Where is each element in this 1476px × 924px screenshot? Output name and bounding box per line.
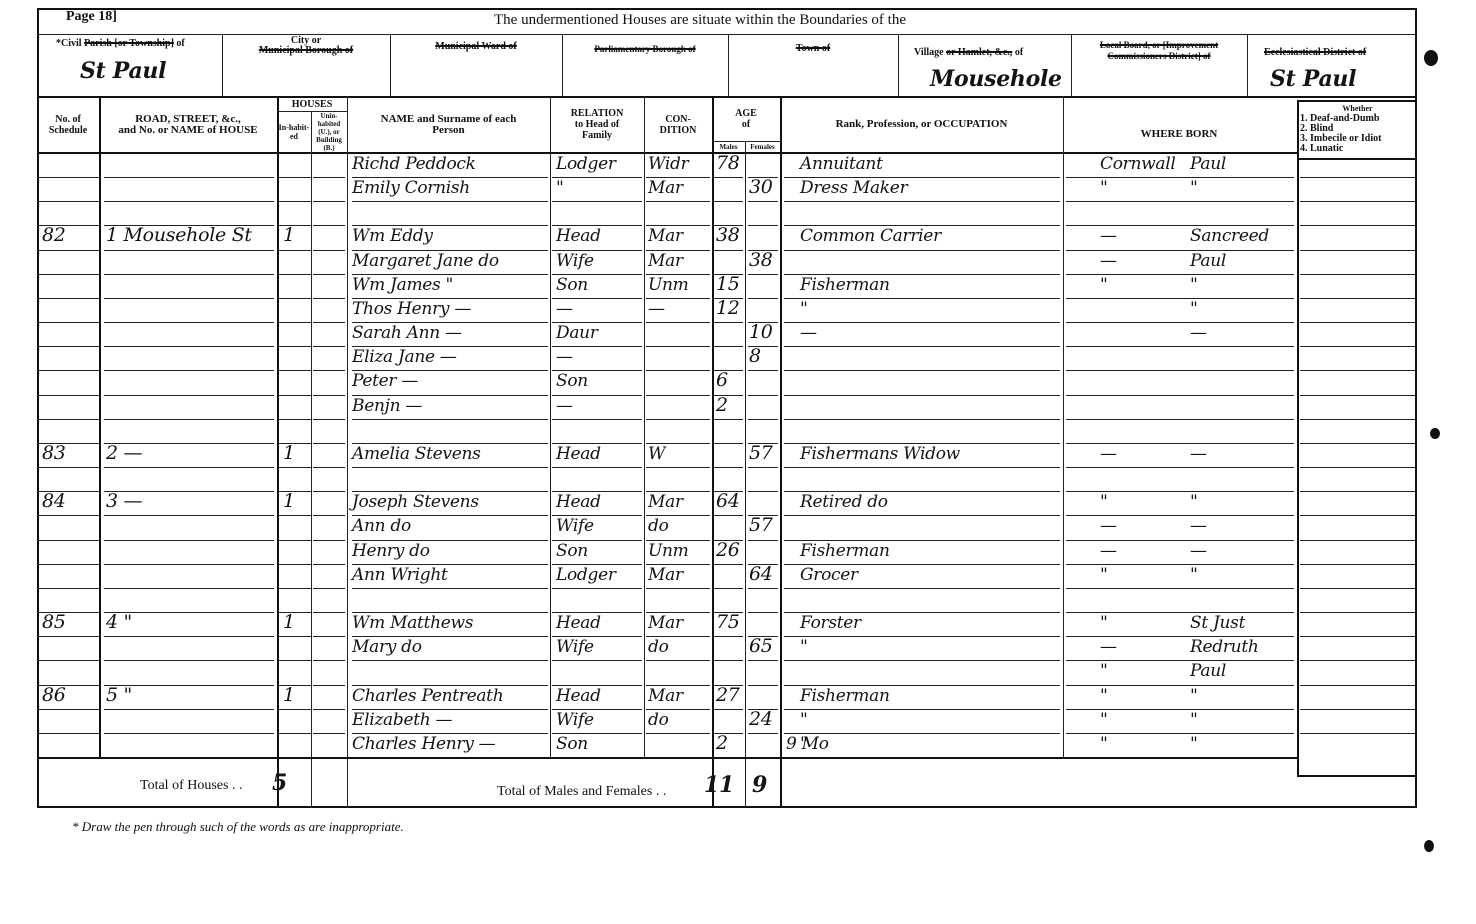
road-cell xyxy=(106,709,274,733)
female-age-cell xyxy=(749,370,779,394)
schedule-cell: 84 xyxy=(42,491,98,515)
male-age-cell xyxy=(716,250,744,274)
occupation-cell: Dress Maker xyxy=(800,177,1060,201)
inhabited-cell xyxy=(283,709,309,733)
condition-cell: — xyxy=(648,298,710,322)
name-cell: Mary do xyxy=(352,636,548,660)
village-value: Mousehole xyxy=(930,66,1062,92)
occupation-cell xyxy=(800,588,1060,612)
name-cell: Richd Peddock xyxy=(352,153,548,177)
civil-parish-label: *Civil Parish [or Township] of xyxy=(56,39,185,49)
road-cell: 5 " xyxy=(106,685,274,709)
relation-cell: Head xyxy=(556,685,642,709)
inhabited-cell xyxy=(283,250,309,274)
table-row: Thos Henry ———12"" xyxy=(0,298,1476,322)
inhabited-cell: 1 xyxy=(283,685,309,709)
occupation-cell: Fishermans Widow xyxy=(800,443,1060,467)
header-occupation: Rank, Profession, or OCCUPATION xyxy=(780,97,1063,152)
born-county-cell: " xyxy=(1100,564,1180,588)
born-parish-cell: " xyxy=(1190,709,1295,733)
table-row: Elizabeth —Wifedo24""" xyxy=(0,709,1476,733)
civil-parish-value: St Paul xyxy=(80,58,166,84)
name-cell xyxy=(352,660,548,684)
male-age-cell xyxy=(716,419,744,443)
born-county-cell: — xyxy=(1100,250,1180,274)
divider xyxy=(898,34,899,96)
header-houses: HOUSES xyxy=(277,97,347,112)
occupation-cell xyxy=(800,346,1060,370)
header-age: AGEof xyxy=(712,97,780,141)
inhabited-cell xyxy=(283,419,309,443)
table-row: Margaret Jane doWifeMar38—Paul xyxy=(0,250,1476,274)
road-cell xyxy=(106,733,274,757)
female-age-cell xyxy=(749,467,779,491)
table-row: Charles Henry —Son2"""9 Mo xyxy=(0,733,1476,757)
male-age-cell: 64 xyxy=(716,491,744,515)
name-cell: Emily Cornish xyxy=(352,177,548,201)
relation-cell xyxy=(556,660,642,684)
occupation-cell: Fisherman xyxy=(800,274,1060,298)
born-county-cell: " xyxy=(1100,177,1180,201)
header-condition: CON-DITION xyxy=(644,97,712,152)
town-label: Town of xyxy=(728,44,898,54)
relation-cell: Wife xyxy=(556,515,642,539)
name-cell: Joseph Stevens xyxy=(352,491,548,515)
born-parish-cell xyxy=(1190,346,1295,370)
condition-cell xyxy=(648,588,710,612)
header-uninhabited: Unin-habited (U.), or Building (B.) xyxy=(311,112,347,152)
table-row: Eliza Jane ——8 xyxy=(0,346,1476,370)
table-row: 821 Mousehole St1Wm EddyHeadMar38Common … xyxy=(0,225,1476,249)
occupation-cell: " xyxy=(800,298,1060,322)
born-parish-cell xyxy=(1190,201,1295,225)
road-cell xyxy=(106,419,274,443)
schedule-cell xyxy=(42,660,98,684)
schedule-cell xyxy=(42,201,98,225)
born-parish-cell: Paul xyxy=(1190,153,1295,177)
female-age-cell: 57 xyxy=(749,515,779,539)
header-name: NAME and Surname of eachPerson xyxy=(347,97,550,152)
inhabited-cell xyxy=(283,733,309,757)
born-county-cell: — xyxy=(1100,225,1180,249)
occupation-cell: Common Carrier xyxy=(800,225,1060,249)
occupation-cell xyxy=(800,660,1060,684)
relation-cell: Lodger xyxy=(556,153,642,177)
occupation-cell: Fisherman xyxy=(800,540,1060,564)
condition-cell: Widr xyxy=(648,153,710,177)
born-parish-cell: " xyxy=(1190,298,1295,322)
female-age-cell xyxy=(749,491,779,515)
table-row: Ann doWifedo57—— xyxy=(0,515,1476,539)
header-relation: RELATIONto Head ofFamily xyxy=(550,97,644,152)
table-row: 865 "1Charles PentreathHeadMar27Fisherma… xyxy=(0,685,1476,709)
born-parish-cell: Paul xyxy=(1190,250,1295,274)
male-age-cell xyxy=(716,443,744,467)
condition-cell: Unm xyxy=(648,540,710,564)
name-cell: Peter — xyxy=(352,370,548,394)
table-row: Mary doWifedo65"—Redruth xyxy=(0,636,1476,660)
born-county-cell: " xyxy=(1100,612,1180,636)
born-county-cell xyxy=(1100,588,1180,612)
male-age-cell: 2 xyxy=(716,733,744,757)
male-age-cell: 12 xyxy=(716,298,744,322)
parliamentary-borough-label: Parliamentary Borough of xyxy=(562,44,728,54)
born-county-cell xyxy=(1100,346,1180,370)
male-age-cell xyxy=(716,660,744,684)
female-age-cell: 64 xyxy=(749,564,779,588)
page-number-value: 18] xyxy=(98,9,117,24)
male-age-cell: 27 xyxy=(716,685,744,709)
male-age-cell xyxy=(716,636,744,660)
table-row: Emily Cornish"Mar30Dress Maker"" xyxy=(0,177,1476,201)
condition-cell xyxy=(648,733,710,757)
condition-cell xyxy=(648,201,710,225)
inhabited-cell xyxy=(283,395,309,419)
relation-cell: — xyxy=(556,395,642,419)
inhabited-cell xyxy=(283,588,309,612)
page-label: Page xyxy=(66,9,95,24)
schedule-cell xyxy=(42,636,98,660)
road-cell xyxy=(106,636,274,660)
condition-cell: Mar xyxy=(648,685,710,709)
male-age-cell xyxy=(716,515,744,539)
born-county-cell xyxy=(1100,467,1180,491)
table-row: Henry doSonUnm26Fisherman—— xyxy=(0,540,1476,564)
road-cell: 1 Mousehole St xyxy=(106,225,274,249)
name-cell xyxy=(352,588,548,612)
born-county-cell: — xyxy=(1100,540,1180,564)
born-parish-cell: Sancreed xyxy=(1190,225,1295,249)
header-inhabited: In-habit-ed xyxy=(277,112,311,152)
condition-cell: do xyxy=(648,636,710,660)
born-parish-cell: Redruth xyxy=(1190,636,1295,660)
male-age-cell: 6 xyxy=(716,370,744,394)
born-county-cell: " xyxy=(1100,660,1180,684)
inhabited-cell: 1 xyxy=(283,491,309,515)
born-parish-cell: — xyxy=(1190,515,1295,539)
female-age-cell xyxy=(749,298,779,322)
born-county-cell: " xyxy=(1100,733,1180,757)
female-age-cell xyxy=(749,733,779,757)
born-county-cell: — xyxy=(1100,443,1180,467)
female-age-cell: 10 xyxy=(749,322,779,346)
relation-cell: Head xyxy=(556,443,642,467)
page-number: Page 18] xyxy=(66,9,117,25)
occupation-cell xyxy=(800,201,1060,225)
female-age-cell xyxy=(749,660,779,684)
schedule-cell xyxy=(42,395,98,419)
occupation-cell xyxy=(800,515,1060,539)
relation-cell: Head xyxy=(556,612,642,636)
inhabited-cell xyxy=(283,515,309,539)
road-cell xyxy=(106,153,274,177)
inhabited-cell xyxy=(283,540,309,564)
divider xyxy=(1247,34,1248,96)
male-age-cell: 26 xyxy=(716,540,744,564)
schedule-cell: 86 xyxy=(42,685,98,709)
condition-cell: Mar xyxy=(648,491,710,515)
born-county-cell: Cornwall xyxy=(1100,153,1180,177)
born-parish-cell: — xyxy=(1190,443,1295,467)
inhabited-cell xyxy=(283,660,309,684)
male-age-cell: 2 xyxy=(716,395,744,419)
schedule-cell xyxy=(42,515,98,539)
relation-cell xyxy=(556,588,642,612)
born-parish-cell: " xyxy=(1190,177,1295,201)
born-county-cell: " xyxy=(1100,709,1180,733)
table-row xyxy=(0,419,1476,443)
relation-cell: Son xyxy=(556,540,642,564)
relation-cell: Son xyxy=(556,274,642,298)
relation-cell: Son xyxy=(556,733,642,757)
name-cell: Sarah Ann — xyxy=(352,322,548,346)
condition-cell xyxy=(648,395,710,419)
relation-cell xyxy=(556,419,642,443)
city-label: City or Municipal Borough of xyxy=(222,36,390,56)
relation-cell: Head xyxy=(556,491,642,515)
male-age-cell xyxy=(716,588,744,612)
schedule-cell xyxy=(42,564,98,588)
name-cell: Wm Matthews xyxy=(352,612,548,636)
name-cell xyxy=(352,467,548,491)
ecclesiastical-label: Ecclesiastical District of xyxy=(1264,48,1366,58)
relation-cell: Head xyxy=(556,225,642,249)
relation-cell: Son xyxy=(556,370,642,394)
name-cell: Thos Henry — xyxy=(352,298,548,322)
male-age-cell xyxy=(716,346,744,370)
born-parish-cell: St Just xyxy=(1190,612,1295,636)
name-cell: Elizabeth — xyxy=(352,709,548,733)
table-row: Benjn ——2 xyxy=(0,395,1476,419)
born-parish-cell xyxy=(1190,395,1295,419)
relation-cell: Daur xyxy=(556,322,642,346)
relation-cell: Lodger xyxy=(556,564,642,588)
schedule-cell xyxy=(42,298,98,322)
inhabited-cell xyxy=(283,177,309,201)
relation-cell xyxy=(556,467,642,491)
road-cell xyxy=(106,177,274,201)
occupation-cell: — xyxy=(800,322,1060,346)
total-houses-label: Total of Houses . . xyxy=(140,778,242,794)
totals-top-rule xyxy=(37,757,1297,759)
road-cell xyxy=(106,540,274,564)
inhabited-cell xyxy=(283,564,309,588)
table-row xyxy=(0,588,1476,612)
road-cell xyxy=(106,660,274,684)
schedule-cell xyxy=(42,346,98,370)
born-parish-cell: " xyxy=(1190,685,1295,709)
female-age-cell xyxy=(749,588,779,612)
schedule-cell: 85 xyxy=(42,612,98,636)
table-row: 843 —1Joseph StevensHeadMar64Retired do"… xyxy=(0,491,1476,515)
table-row: Ann WrightLodgerMar64Grocer"" xyxy=(0,564,1476,588)
name-cell: Ann Wright xyxy=(352,564,548,588)
female-age-cell: 24 xyxy=(749,709,779,733)
whether-bottom-rule xyxy=(1297,775,1417,777)
female-age-cell xyxy=(749,540,779,564)
ink-blot xyxy=(1424,50,1438,66)
condition-cell xyxy=(648,322,710,346)
male-age-cell xyxy=(716,322,744,346)
female-age-cell xyxy=(749,225,779,249)
schedule-cell xyxy=(42,250,98,274)
born-parish-cell xyxy=(1190,370,1295,394)
schedule-cell xyxy=(42,419,98,443)
condition-cell: Mar xyxy=(648,250,710,274)
total-females-value: 9 xyxy=(752,772,767,798)
female-age-cell: 65 xyxy=(749,636,779,660)
schedule-cell: 82 xyxy=(42,225,98,249)
road-cell xyxy=(106,322,274,346)
male-age-cell xyxy=(716,467,744,491)
relation-cell xyxy=(556,201,642,225)
name-cell: Amelia Stevens xyxy=(352,443,548,467)
occupation-cell: " xyxy=(800,709,1060,733)
male-age-cell: 15 xyxy=(716,274,744,298)
occupation-cell xyxy=(800,250,1060,274)
female-age-cell xyxy=(749,685,779,709)
relation-cell: — xyxy=(556,346,642,370)
name-cell: Benjn — xyxy=(352,395,548,419)
table-row: Sarah Ann —Daur10—— xyxy=(0,322,1476,346)
born-parish-cell: — xyxy=(1190,322,1295,346)
male-age-cell: 78 xyxy=(716,153,744,177)
male-age-cell xyxy=(716,564,744,588)
born-county-cell: — xyxy=(1100,636,1180,660)
inhabited-cell xyxy=(283,467,309,491)
name-cell: Ann do xyxy=(352,515,548,539)
female-age-cell xyxy=(749,395,779,419)
infant-months-cell: 9 Mo xyxy=(786,733,826,757)
total-houses-value: 5 xyxy=(272,770,287,796)
condition-cell xyxy=(648,370,710,394)
road-cell xyxy=(106,298,274,322)
condition-cell: Mar xyxy=(648,225,710,249)
table-row: Peter —Son6 xyxy=(0,370,1476,394)
occupation-cell: Forster xyxy=(800,612,1060,636)
male-age-cell: 38 xyxy=(716,225,744,249)
occupation-cell xyxy=(800,370,1060,394)
born-county-cell: " xyxy=(1100,685,1180,709)
inhabited-cell xyxy=(283,274,309,298)
condition-cell: do xyxy=(648,515,710,539)
schedule-cell xyxy=(42,153,98,177)
table-row: 832 —1Amelia StevensHeadW57Fishermans Wi… xyxy=(0,443,1476,467)
title-divider xyxy=(37,34,1417,35)
relation-cell: Wife xyxy=(556,636,642,660)
born-county-cell xyxy=(1100,201,1180,225)
road-cell xyxy=(106,395,274,419)
local-board-label: Local Board, or [Improvement Commissione… xyxy=(1071,40,1247,62)
name-cell: Margaret Jane do xyxy=(352,250,548,274)
schedule-cell xyxy=(42,540,98,564)
page-title: The undermentioned Houses are situate wi… xyxy=(494,12,906,29)
schedule-cell: 83 xyxy=(42,443,98,467)
relation-cell: — xyxy=(556,298,642,322)
road-cell xyxy=(106,370,274,394)
occupation-cell: Fisherman xyxy=(800,685,1060,709)
occupation-cell: Retired do xyxy=(800,491,1060,515)
table-row xyxy=(0,467,1476,491)
inhabited-cell xyxy=(283,636,309,660)
schedule-cell xyxy=(42,274,98,298)
born-parish-cell: " xyxy=(1190,274,1295,298)
road-cell xyxy=(106,250,274,274)
inhabited-cell xyxy=(283,298,309,322)
born-parish-cell xyxy=(1190,419,1295,443)
relation-cell: Wife xyxy=(556,709,642,733)
born-parish-cell xyxy=(1190,588,1295,612)
born-county-cell xyxy=(1100,298,1180,322)
name-cell: Wm James " xyxy=(352,274,548,298)
ink-blot xyxy=(1430,428,1440,439)
ward-label: Municipal Ward of xyxy=(390,42,562,52)
inhabited-cell: 1 xyxy=(283,612,309,636)
name-cell: Charles Henry — xyxy=(352,733,548,757)
road-cell: 3 — xyxy=(106,491,274,515)
schedule-cell xyxy=(42,370,98,394)
female-age-cell xyxy=(749,419,779,443)
male-age-cell: 75 xyxy=(716,612,744,636)
schedule-cell xyxy=(42,588,98,612)
ink-blot xyxy=(1424,840,1434,852)
table-row: Richd PeddockLodgerWidr78AnnuitantCornwa… xyxy=(0,153,1476,177)
condition-cell: Mar xyxy=(648,564,710,588)
born-parish-cell: " xyxy=(1190,491,1295,515)
occupation-cell: Annuitant xyxy=(800,153,1060,177)
inhabited-cell xyxy=(283,370,309,394)
born-county-cell: " xyxy=(1100,274,1180,298)
occupation-cell: Grocer xyxy=(800,564,1060,588)
table-row: "Paul xyxy=(0,660,1476,684)
total-persons-label: Total of Males and Females . . xyxy=(497,784,666,800)
header-schedule: No. ofSchedule xyxy=(37,97,99,152)
condition-cell: do xyxy=(648,709,710,733)
inhabited-cell: 1 xyxy=(283,225,309,249)
female-age-cell: 30 xyxy=(749,177,779,201)
condition-cell xyxy=(648,660,710,684)
male-age-cell xyxy=(716,709,744,733)
born-county-cell xyxy=(1100,419,1180,443)
born-county-cell xyxy=(1100,322,1180,346)
born-county-cell xyxy=(1100,395,1180,419)
road-cell xyxy=(106,588,274,612)
inhabited-cell: 1 xyxy=(283,443,309,467)
born-county-cell: " xyxy=(1100,491,1180,515)
total-males-value: 11 xyxy=(704,772,734,798)
footnote: * Draw the pen through such of the words… xyxy=(72,819,404,835)
inhabited-cell xyxy=(283,322,309,346)
name-cell: Henry do xyxy=(352,540,548,564)
schedule-cell xyxy=(42,733,98,757)
relation-cell: Wife xyxy=(556,250,642,274)
header-road: ROAD, STREET, &c.,and No. or NAME of HOU… xyxy=(99,97,277,152)
condition-cell: W xyxy=(648,443,710,467)
female-age-cell xyxy=(749,274,779,298)
condition-cell: Unm xyxy=(648,274,710,298)
female-age-cell: 8 xyxy=(749,346,779,370)
female-age-cell xyxy=(749,153,779,177)
header-whether: Whether 1. Deaf-and-Dumb 2. Blind 3. Imb… xyxy=(1300,104,1415,154)
condition-cell: Mar xyxy=(648,177,710,201)
road-cell xyxy=(106,346,274,370)
table-row: 854 "1Wm MatthewsHeadMar75Forster"St Jus… xyxy=(0,612,1476,636)
schedule-cell xyxy=(42,177,98,201)
table-row: Wm James "SonUnm15Fisherman"" xyxy=(0,274,1476,298)
born-parish-cell: — xyxy=(1190,540,1295,564)
condition-cell xyxy=(648,346,710,370)
schedule-cell xyxy=(42,322,98,346)
